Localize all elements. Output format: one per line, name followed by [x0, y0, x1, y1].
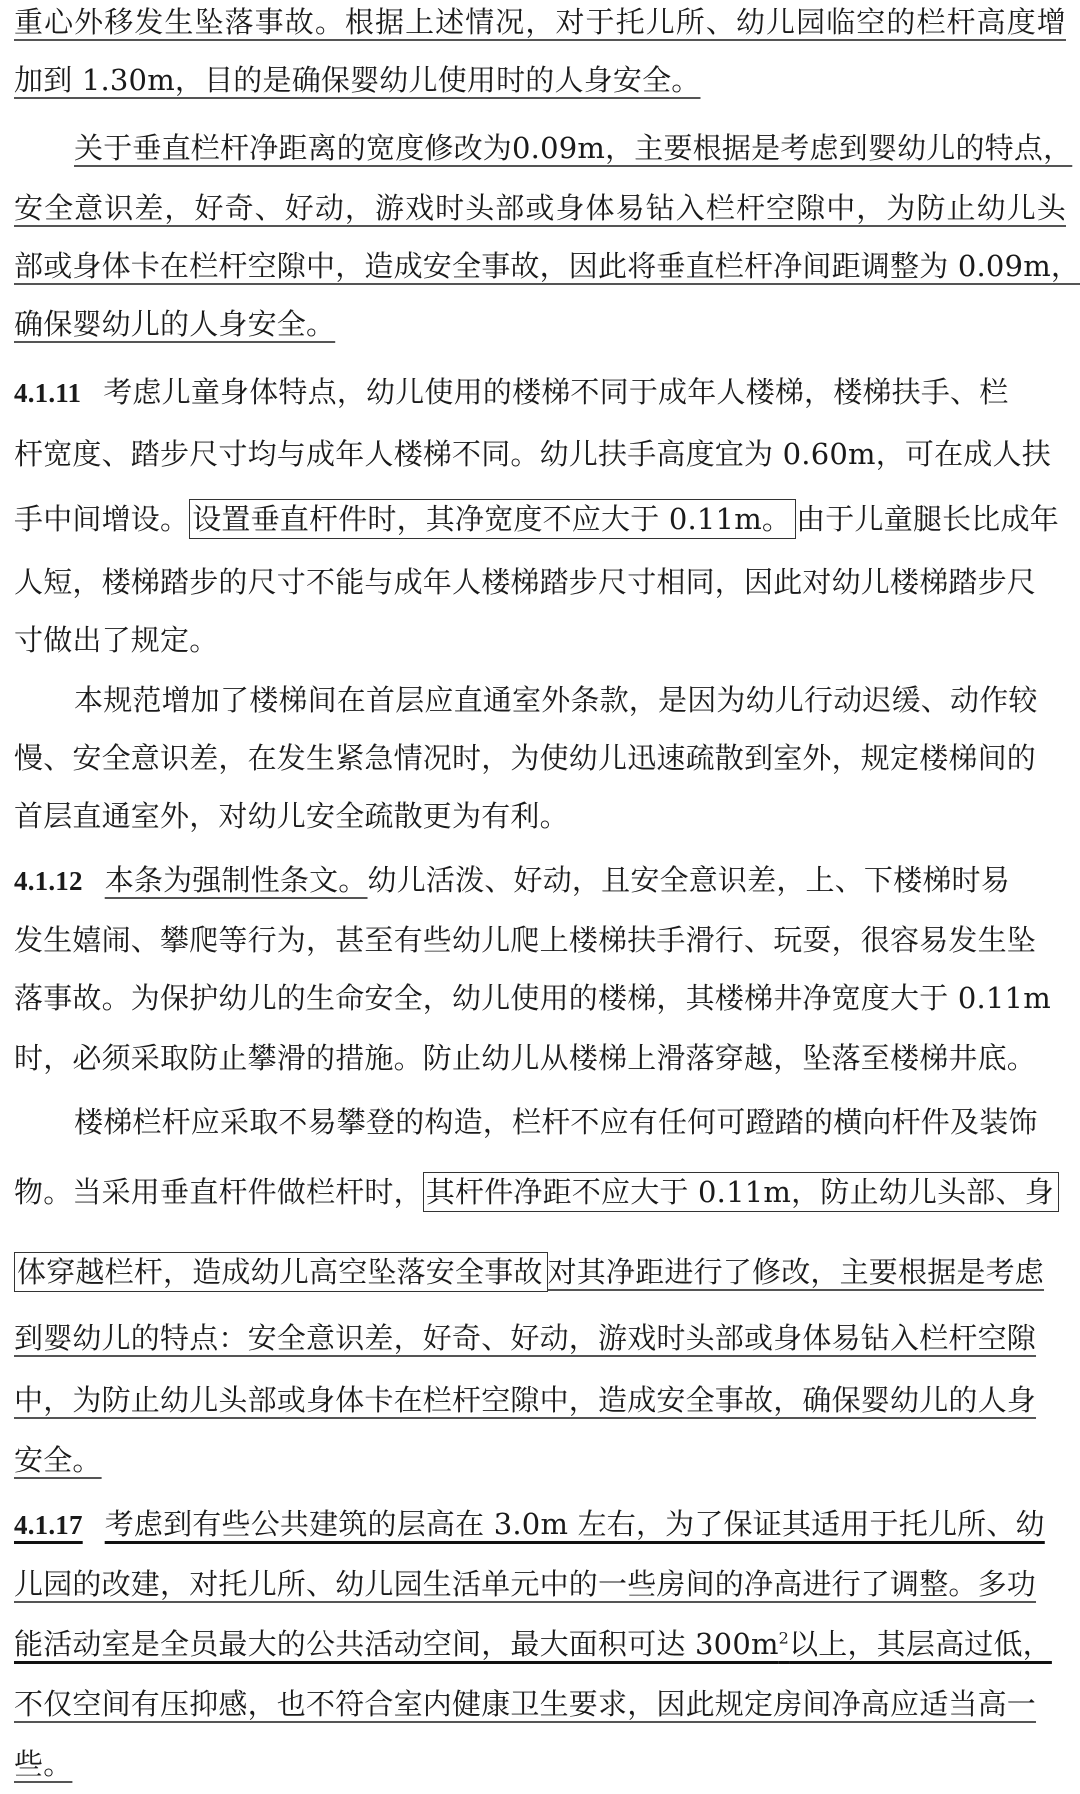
text-line: 到婴幼儿的特点：安全意识差，好奇、好动，游戏时头部或身体易钻入栏杆空隙: [14, 1316, 1066, 1360]
underlined-text: 能活动室是全员最大的公共活动空间，最大面积可达 300m2以上，其层高过低，: [14, 1627, 1052, 1661]
clause-text: 人短，楼梯踏步的尺寸不能与成年人楼梯踏步尺寸相同，因此对幼儿楼梯踏步尺: [14, 565, 1036, 599]
clause-4-1-12-line: 4.1.12本条为强制性条文。幼儿活泼、好动，且安全意识差，上、下楼梯时易: [14, 858, 1066, 902]
text-line: 本规范增加了楼梯间在首层应直通室外条款，是因为幼儿行动迟缓、动作较: [74, 678, 1066, 722]
clause-4-1-17-line: 4.1.17考虑到有些公共建筑的层高在 3.0m 左右，为了保证其适用于托儿所、…: [14, 1502, 1066, 1546]
clause-underlined-line: 4.1.17考虑到有些公共建筑的层高在 3.0m 左右，为了保证其适用于托儿所、…: [14, 1507, 1045, 1541]
text-line: 重心外移发生坠落事故。根据上述情况，对于托儿所、幼儿园临空的栏杆高度增: [14, 0, 1066, 44]
underlined-text: 安全。: [14, 1443, 102, 1477]
text-line: 楼梯栏杆应采取不易攀登的构造，栏杆不应有任何可蹬踏的横向杆件及装饰: [74, 1100, 1066, 1144]
text-line: 时，必须采取防止攀滑的措施。防止幼儿从楼梯上滑落穿越，坠落至楼梯井底。: [14, 1036, 1066, 1080]
body-text: 慢、安全意识差，在发生紧急情况时，为使幼儿迅速疏散到室外，规定楼梯间的: [14, 741, 1036, 775]
clause-number: 4.1.17: [14, 1510, 83, 1540]
text-line: 物。当采用垂直杆件做栏杆时，其杆件净距不应大于 0.11m，防止幼儿头部、身: [14, 1170, 1066, 1214]
underlined-text: 关于垂直栏杆净距离的宽度修改为0.09m，主要根据是考虑到婴幼儿的特点，: [74, 131, 1072, 165]
underlined-text: 儿园的改建，对托儿所、幼儿园生活单元中的一些房间的净高进行了调整。多功: [14, 1567, 1036, 1601]
body-text: 物。当采用垂直杆件做栏杆时，: [14, 1175, 423, 1209]
underlined-text: 到婴幼儿的特点：安全意识差，好奇、好动，游戏时头部或身体易钻入栏杆空隙: [14, 1321, 1036, 1355]
clause-text: 发生嬉闹、攀爬等行为，甚至有些幼儿爬上楼梯扶手滑行、玩耍，很容易发生坠: [14, 923, 1036, 957]
text-line: 部或身体卡在栏杆空隙中，造成安全事故，因此将垂直栏杆净间距调整为 0.09m，: [14, 244, 1066, 288]
clause-text: 杆宽度、踏步尺寸均与成年人楼梯不同。幼儿扶手高度宜为 0.60m，可在成人扶: [14, 437, 1051, 471]
text-line: 落事故。为保护幼儿的生命安全，幼儿使用的楼梯，其楼梯井净宽度大于 0.11m: [14, 976, 1066, 1020]
boxed-highlight: 其杆件净距不应大于 0.11m，防止幼儿头部、身: [423, 1172, 1059, 1212]
text-line: 确保婴幼儿的人身安全。: [14, 302, 1066, 346]
body-text: 楼梯栏杆应采取不易攀登的构造，栏杆不应有任何可蹬踏的横向杆件及装饰: [74, 1105, 1038, 1139]
underlined-text: 不仅空间有压抑感，也不符合室内健康卫生要求，因此规定房间净高应适当高一: [14, 1687, 1036, 1721]
underlined-text: 确保婴幼儿的人身安全。: [14, 307, 335, 341]
clause-text: 落事故。为保护幼儿的生命安全，幼儿使用的楼梯，其楼梯井净宽度大于 0.11m: [14, 981, 1051, 1015]
text-line: 关于垂直栏杆净距离的宽度修改为0.09m，主要根据是考虑到婴幼儿的特点，: [74, 126, 1066, 170]
clause-text: 考虑到有些公共建筑的层高在 3.0m 左右，为了保证其适用于托儿所、幼: [105, 1507, 1045, 1541]
clause-text: 以上，其层高过低，: [789, 1627, 1052, 1661]
text-line: 不仅空间有压抑感，也不符合室内健康卫生要求，因此规定房间净高应适当高一: [14, 1682, 1066, 1726]
text-line: 发生嬉闹、攀爬等行为，甚至有些幼儿爬上楼梯扶手滑行、玩耍，很容易发生坠: [14, 918, 1066, 962]
boxed-highlight: 设置垂直杆件时，其净宽度不应大于 0.11m。: [189, 499, 796, 539]
text-line: 杆宽度、踏步尺寸均与成年人楼梯不同。幼儿扶手高度宜为 0.60m，可在成人扶: [14, 432, 1066, 476]
mandatory-clause-note: 本条为强制性条文。: [105, 863, 368, 897]
text-line: 安全意识差，好奇、好动，游戏时头部或身体易钻入栏杆空隙中，为防止幼儿头: [14, 186, 1066, 230]
clause-text: 能活动室是全员最大的公共活动空间，最大面积可达 300m: [14, 1627, 779, 1661]
clause-text: 手中间增设。: [14, 502, 189, 536]
text-line: 人短，楼梯踏步的尺寸不能与成年人楼梯踏步尺寸相同，因此对幼儿楼梯踏步尺: [14, 560, 1066, 604]
clause-4-1-11-line: 4.1.11考虑儿童身体特点，幼儿使用的楼梯不同于成年人楼梯，楼梯扶手、栏: [14, 370, 1066, 414]
underlined-text: 对其净距进行了修改，主要根据是考虑: [548, 1255, 1044, 1289]
clause-text: 考虑儿童身体特点，幼儿使用的楼梯不同于成年人楼梯，楼梯扶手、栏: [103, 375, 1008, 409]
boxed-highlight: 体穿越栏杆，造成幼儿高空坠落安全事故: [14, 1252, 548, 1292]
clause-text: 寸做出了规定。: [14, 623, 218, 657]
text-line: 些。: [14, 1742, 1066, 1786]
clause-text: 由于儿童腿长比成年: [796, 502, 1059, 536]
text-line: 儿园的改建，对托儿所、幼儿园生活单元中的一些房间的净高进行了调整。多功: [14, 1562, 1066, 1606]
underlined-text: 加到 1.30m，目的是确保婴幼儿使用时的人身安全。: [14, 63, 701, 97]
clause-number: 4.1.12: [14, 866, 83, 896]
underlined-text: 些。: [14, 1747, 72, 1781]
text-line: 中，为防止幼儿头部或身体卡在栏杆空隙中，造成安全事故，确保婴幼儿的人身: [14, 1378, 1066, 1422]
underlined-text: 中，为防止幼儿头部或身体卡在栏杆空隙中，造成安全事故，确保婴幼儿的人身: [14, 1383, 1036, 1417]
text-line: 体穿越栏杆，造成幼儿高空坠落安全事故对其净距进行了修改，主要根据是考虑: [14, 1250, 1066, 1294]
underlined-text: 部或身体卡在栏杆空隙中，造成安全事故，因此将垂直栏杆净间距调整为 0.09m，: [14, 249, 1080, 283]
text-line: 首层直通室外，对幼儿安全疏散更为有利。: [14, 794, 1066, 838]
body-text: 本规范增加了楼梯间在首层应直通室外条款，是因为幼儿行动迟缓、动作较: [74, 683, 1038, 717]
text-line: 慢、安全意识差，在发生紧急情况时，为使幼儿迅速疏散到室外，规定楼梯间的: [14, 736, 1066, 780]
text-line: 加到 1.30m，目的是确保婴幼儿使用时的人身安全。: [14, 58, 1066, 102]
clause-text: 幼儿活泼、好动，且安全意识差，上、下楼梯时易: [368, 863, 1010, 897]
clause-text: 时，必须采取防止攀滑的措施。防止幼儿从楼梯上滑落穿越，坠落至楼梯井底。: [14, 1041, 1036, 1075]
superscript: 2: [779, 1628, 789, 1647]
text-line: 手中间增设。设置垂直杆件时，其净宽度不应大于 0.11m。由于儿童腿长比成年: [14, 497, 1066, 541]
underlined-text: 安全意识差，好奇、好动，游戏时头部或身体易钻入栏杆空隙中，为防止幼儿头: [14, 191, 1066, 225]
underlined-text: 重心外移发生坠落事故。根据上述情况，对于托儿所、幼儿园临空的栏杆高度增: [14, 5, 1066, 39]
clause-number: 4.1.11: [14, 378, 81, 408]
text-line: 安全。: [14, 1438, 1066, 1482]
body-text: 首层直通室外，对幼儿安全疏散更为有利。: [14, 799, 569, 833]
text-line: 能活动室是全员最大的公共活动空间，最大面积可达 300m2以上，其层高过低，: [14, 1622, 1066, 1666]
text-line: 寸做出了规定。: [14, 618, 1066, 662]
